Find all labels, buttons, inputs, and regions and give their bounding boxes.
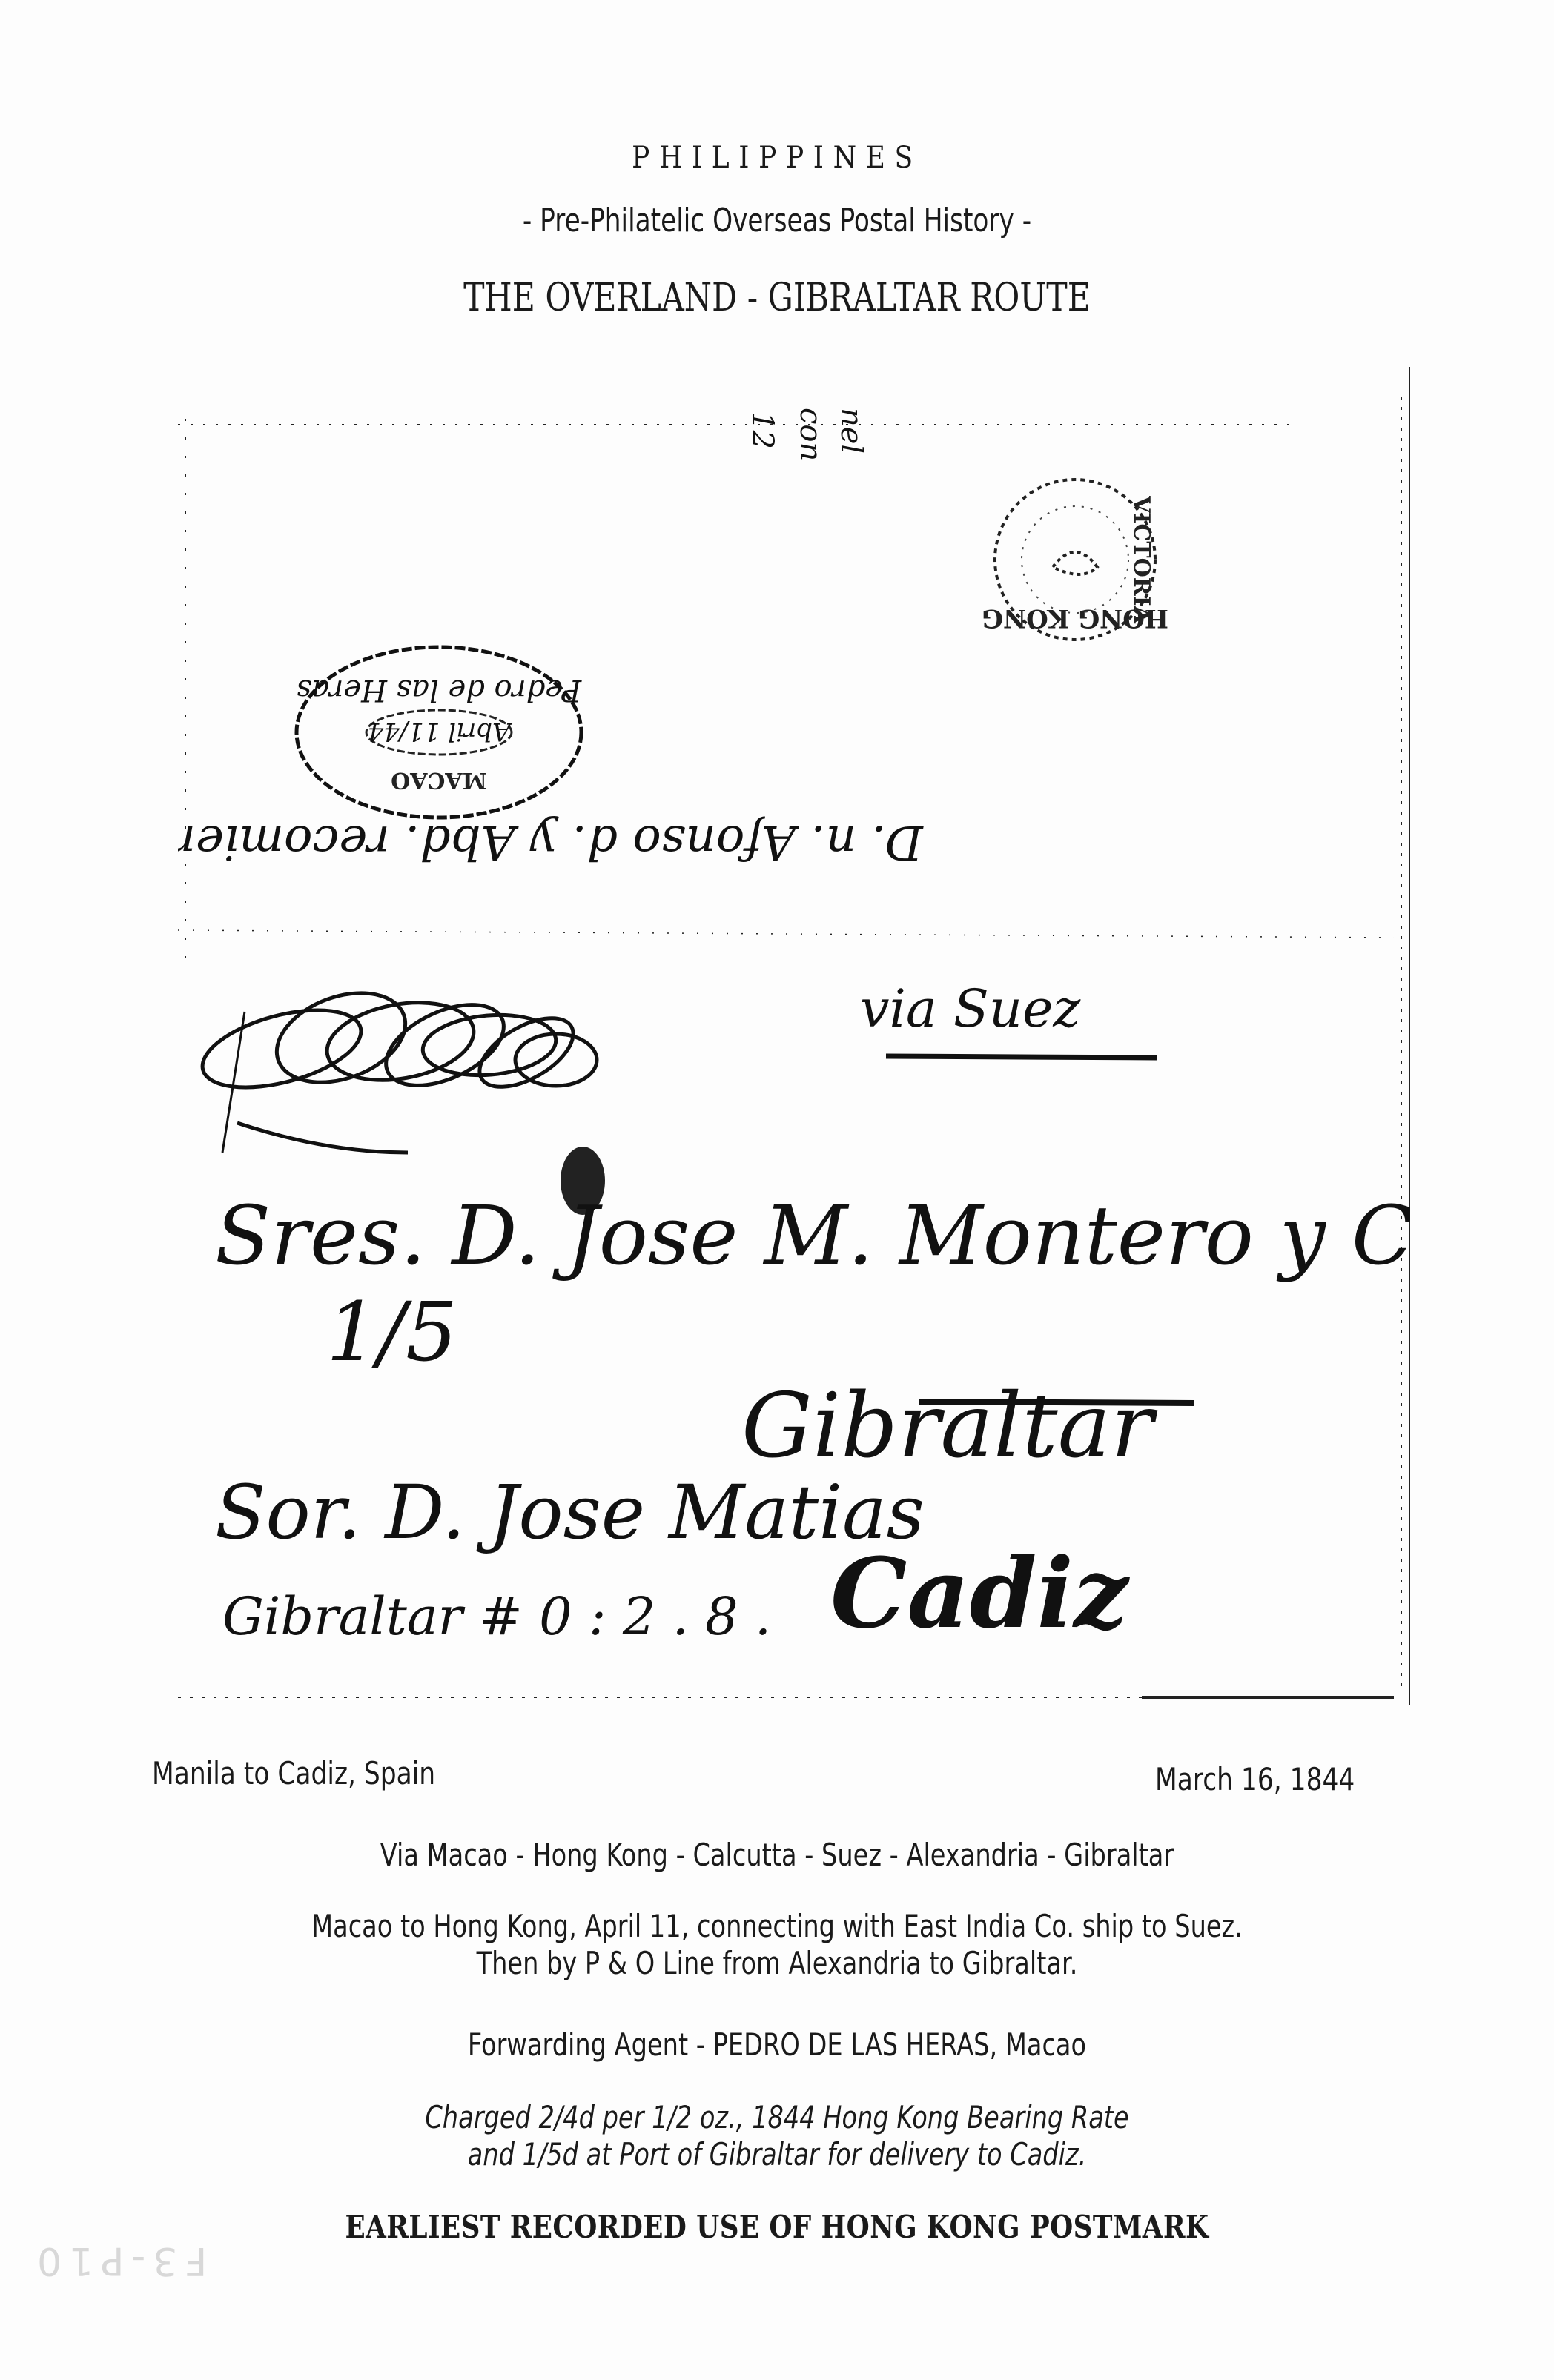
svg-text:VICTORIA: VICTORIA	[1128, 495, 1154, 624]
caption-origin-destination: Manila to Cadiz, Spain	[152, 1755, 435, 1791]
via-suez-endorsement: via Suez	[860, 978, 1081, 1039]
endorsement-underline	[886, 1056, 1157, 1058]
svg-text:con: con	[793, 408, 827, 461]
postal-cover-image: 12 con nel HONG KONG VICTORIA Pedro de l…	[178, 367, 1410, 1705]
address-line-1: Sres. D. Jose M. Montero y C.	[215, 1188, 1410, 1283]
hong-kong-postmark: HONG KONG VICTORIA	[982, 480, 1168, 640]
charge-line-1: Charged 2/4d per 1/2 oz., 1844 Hong Kong…	[156, 2099, 1399, 2135]
page-subtitle: - Pre-Philatelic Overseas Postal History…	[171, 202, 1383, 239]
pencil-annotation: F3-P10	[30, 2238, 207, 2283]
charge-line-2: and 1/5d at Port of Gibraltar for delive…	[156, 2136, 1399, 2172]
ink-scribble	[194, 977, 597, 1153]
cover-drawing: 12 con nel HONG KONG VICTORIA Pedro de l…	[178, 367, 1410, 1705]
highlight-earliest-use: EARLIEST RECORDED USE OF HONG KONG POSTM…	[116, 2209, 1438, 2245]
docket-text: D. n. Afonso d. y Abd. recomienda y.	[178, 815, 924, 869]
forwarding-agent: Forwarding Agent - PEDRO DE LAS HERAS, M…	[156, 2026, 1399, 2063]
page-route-title: THE OVERLAND - GIBRALTAR ROUTE	[140, 276, 1415, 320]
page-country-title: PHILIPPINES	[78, 141, 1476, 175]
svg-text:nel: nel	[834, 408, 868, 454]
address-line-2: Sor. D. Jose Matias	[215, 1469, 925, 1556]
svg-text:12: 12	[745, 411, 779, 449]
svg-text:Pedro de las Heras: Pedro de las Heras	[297, 673, 582, 707]
address-city-cadiz: Cadiz	[830, 1537, 1131, 1650]
svg-text:Abril 11/44: Abril 11/44	[367, 717, 512, 746]
crown-icon	[1053, 552, 1097, 574]
top-notes: 12 con nel	[745, 408, 868, 461]
address-city-gibraltar: Gibraltar	[741, 1375, 1158, 1478]
transit-line-2: Then by P & O Line from Alexandria to Gi…	[156, 1945, 1399, 1981]
gibraltar-charge: Gibraltar # 0 : 2 . 8 .	[222, 1586, 771, 1647]
caption-date: March 16, 1844	[1155, 1761, 1355, 1797]
route-description: Via Macao - Hong Kong - Calcutta - Suez …	[156, 1837, 1399, 1873]
transit-line-1: Macao to Hong Kong, April 11, connecting…	[156, 1908, 1399, 1944]
forwarder-cachet: Pedro de las Heras Abril 11/44 MACAO	[297, 647, 582, 818]
rate-marking: 1/5	[326, 1285, 457, 1379]
svg-text:MACAO: MACAO	[391, 767, 487, 793]
